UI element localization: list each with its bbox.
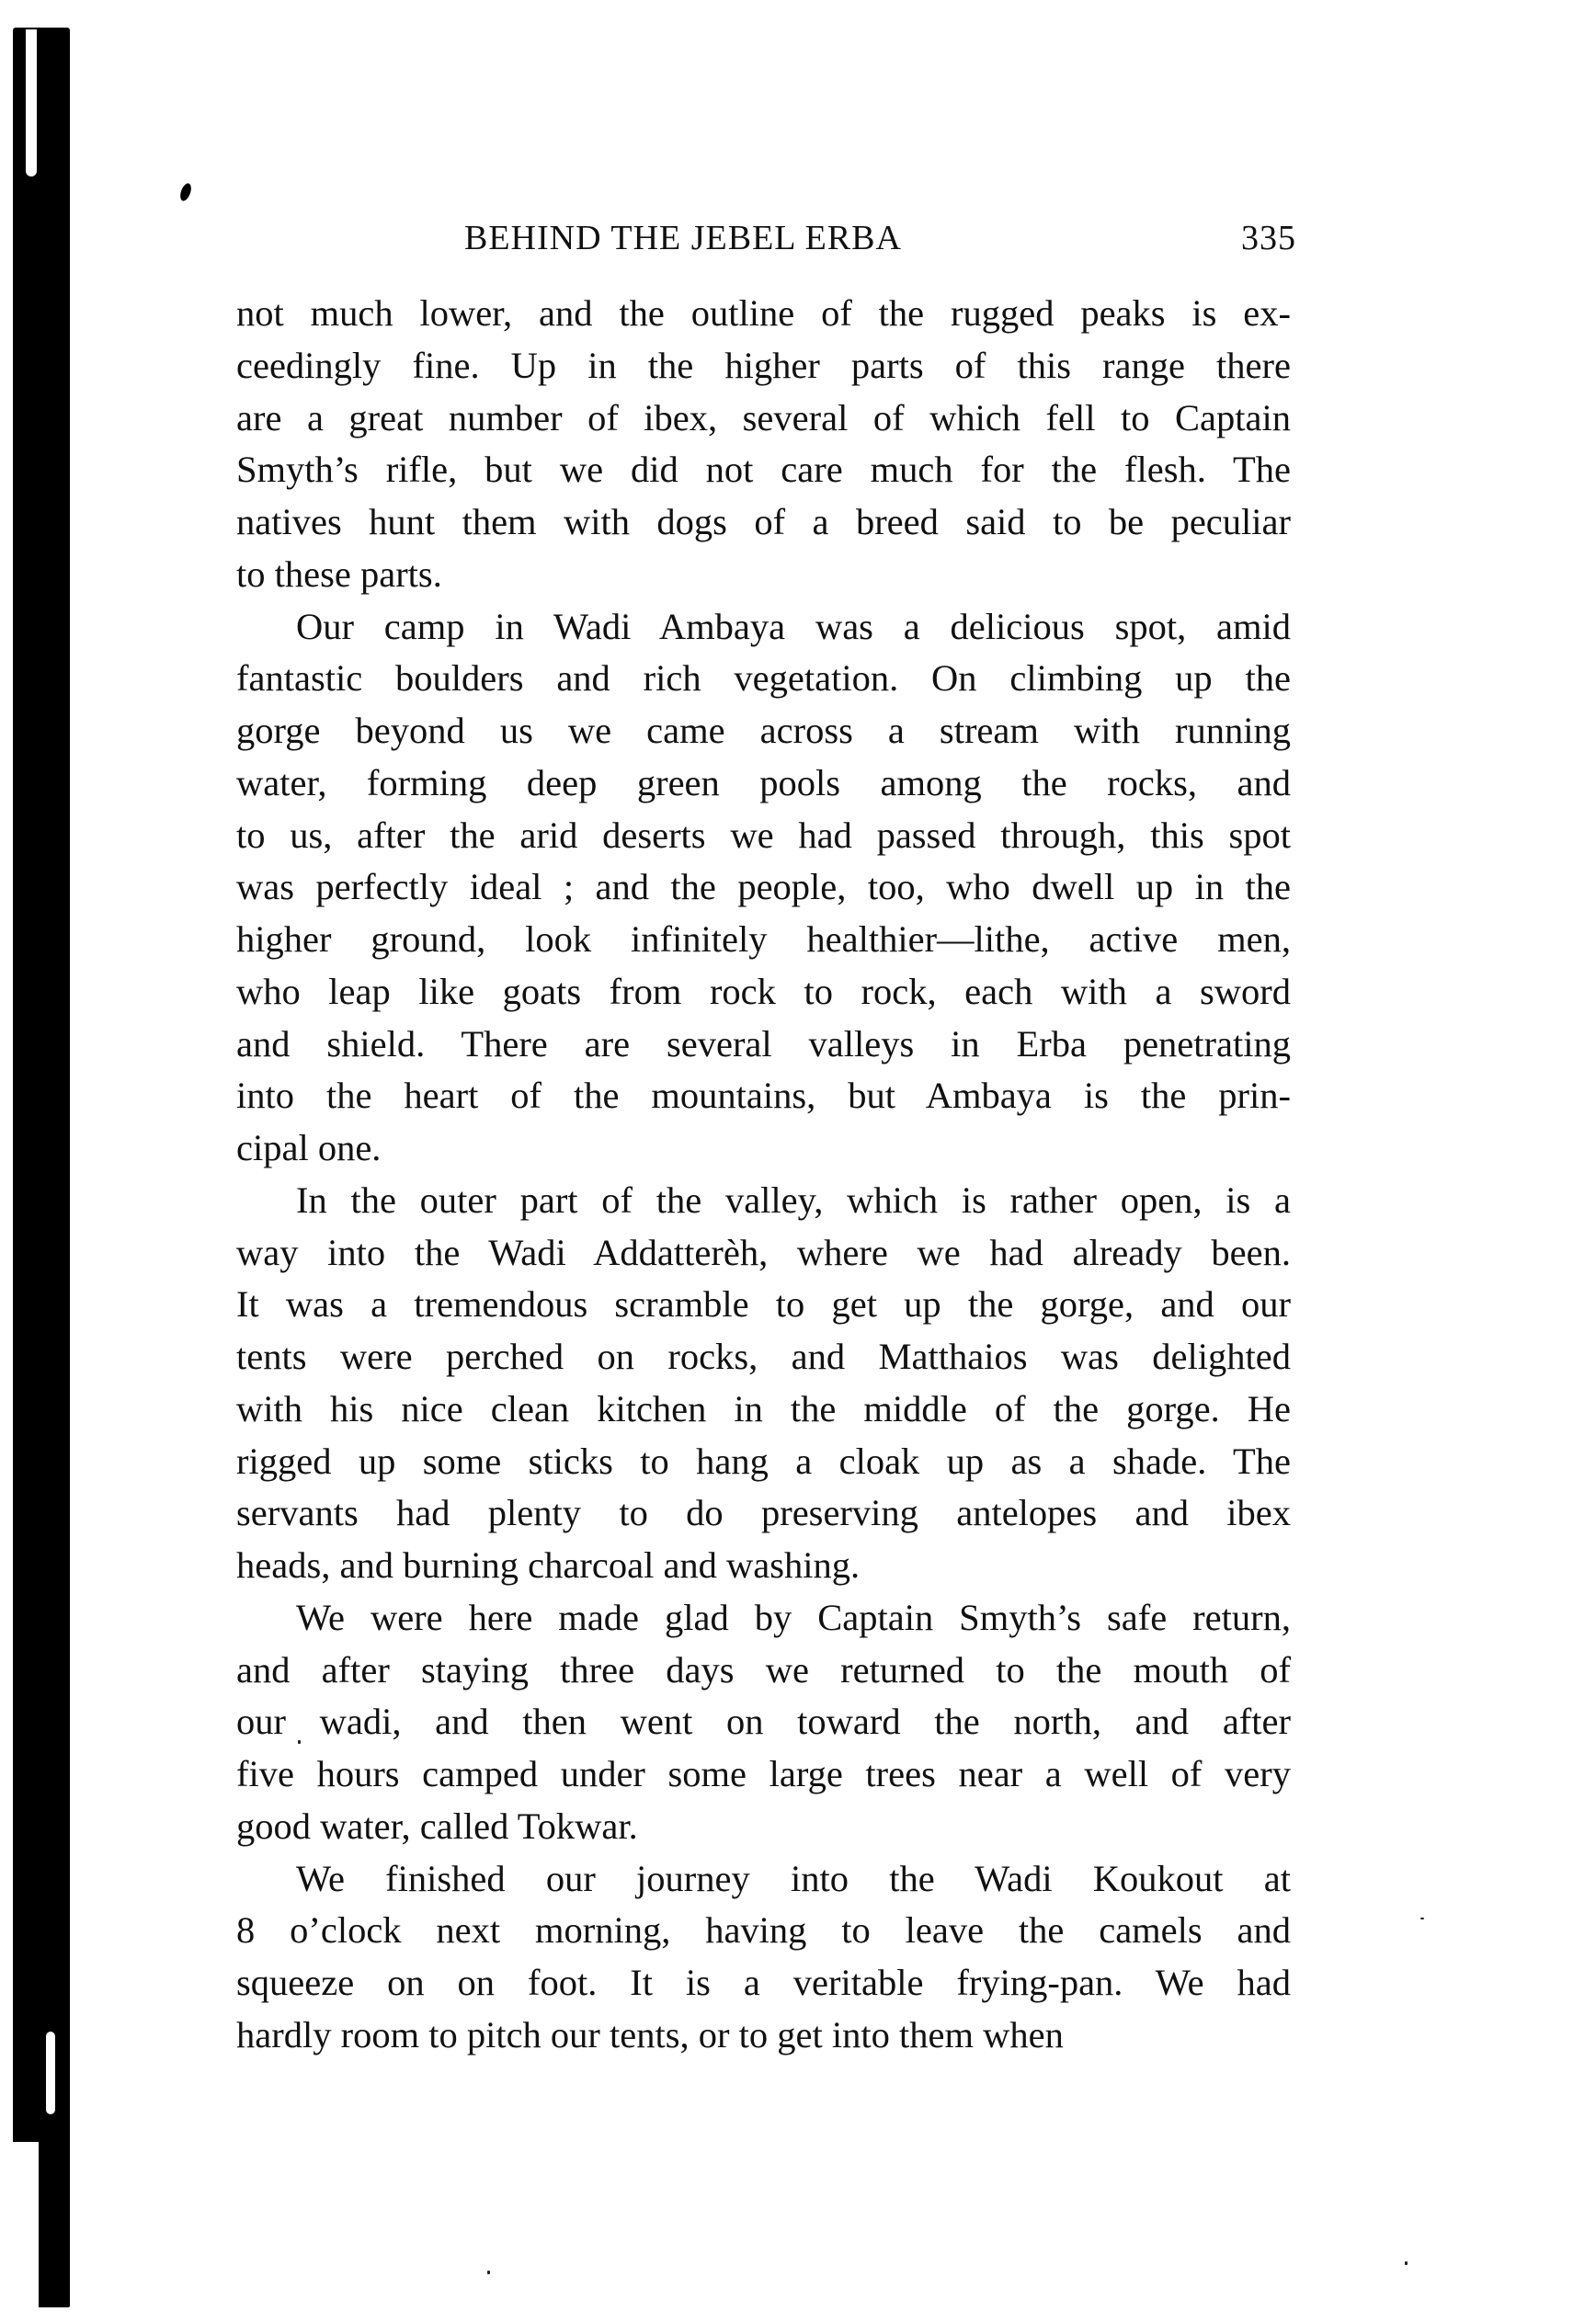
text-line: to us, after the arid deserts we had pas… [236, 810, 1291, 862]
text-line: rigged up some sticks to hang a cloak up… [236, 1436, 1291, 1488]
binding-edge [13, 2142, 39, 2307]
text-line: five hours camped under some large trees… [236, 1748, 1291, 1801]
text-line: into the heart of the mountains, but Amb… [236, 1070, 1291, 1122]
text-line: ceedingly fine. Up in the higher parts o… [236, 340, 1291, 393]
text-line: We finished our journey into the Wadi Ko… [236, 1853, 1291, 1906]
scan-speck [487, 2271, 490, 2274]
text-line: It was a tremendous scramble to get up t… [236, 1279, 1291, 1331]
text-line: In the outer part of the valley, which i… [236, 1175, 1291, 1227]
text-line: to these parts. [236, 549, 1291, 601]
text-line: squeeze on on foot. It is a veritable fr… [236, 1957, 1291, 2010]
text-line: heads, and burning charcoal and washing. [236, 1540, 1291, 1592]
text-line: and after staying three days we returned… [236, 1645, 1291, 1697]
text-line: higher ground, look infinitely healthier… [236, 914, 1291, 966]
text-line: who leap like goats from rock to rock, e… [236, 966, 1291, 1019]
text-line: not much lower, and the outline of the r… [236, 288, 1291, 340]
text-line: 8 o’clock next morning, having to leave … [236, 1905, 1291, 1957]
ink-blot [178, 182, 193, 202]
text-line: water, forming deep green pools among th… [236, 757, 1291, 810]
body-text: not much lower, and the outline of the r… [236, 288, 1291, 2062]
text-line: We were here made glad by Captain Smyth’… [236, 1592, 1291, 1645]
text-line: with his nice clean kitchen in the middl… [236, 1384, 1291, 1436]
text-line: gorge beyond us we came across a stream … [236, 705, 1291, 757]
page-number: 335 [1241, 217, 1296, 259]
text-line: hardly room to pitch our tents, or to ge… [236, 2010, 1291, 2062]
paragraph: In the outer part of the valley, which i… [236, 1175, 1291, 1592]
text-line: tents were perched on rocks, and Matthai… [236, 1331, 1291, 1384]
text-line: way into the Wadi Addatterèh, where we h… [236, 1227, 1291, 1280]
page-binding-shadow [13, 28, 70, 2307]
chapter-title: BEHIND THE JEBEL ERBA [464, 217, 902, 259]
paragraph: not much lower, and the outline of the r… [236, 288, 1291, 601]
running-head: BEHIND THE JEBEL ERBA 335 [464, 217, 1296, 259]
text-line: Our camp in Wadi Ambaya was a delicious … [236, 601, 1291, 654]
paragraph: We were here made glad by Captain Smyth’… [236, 1592, 1291, 1853]
paragraph: Our camp in Wadi Ambaya was a delicious … [236, 601, 1291, 1175]
scan-speck [1405, 2261, 1408, 2265]
text-line: cipal one. [236, 1122, 1291, 1175]
text-line: servants had plenty to do preserving ant… [236, 1487, 1291, 1540]
text-line: natives hunt them with dogs of a breed s… [236, 496, 1291, 549]
binding-highlight [46, 2032, 55, 2114]
text-line: are a great number of ibex, several of w… [236, 393, 1291, 445]
text-line: good water, called Tokwar. [236, 1801, 1291, 1853]
paragraph: We finished our journey into the Wadi Ko… [236, 1853, 1291, 2062]
text-line: and shield. There are several valleys in… [236, 1019, 1291, 1071]
text-line: our wadi, and then went on toward the no… [236, 1696, 1291, 1748]
text-line: Smyth’s rifle, but we did not care much … [236, 444, 1291, 496]
scan-speck [1420, 1918, 1424, 1919]
binding-highlight [26, 29, 37, 177]
text-line: was perfectly ideal ; and the people, to… [236, 861, 1291, 914]
text-line: fantastic boulders and rich vegetation. … [236, 653, 1291, 705]
